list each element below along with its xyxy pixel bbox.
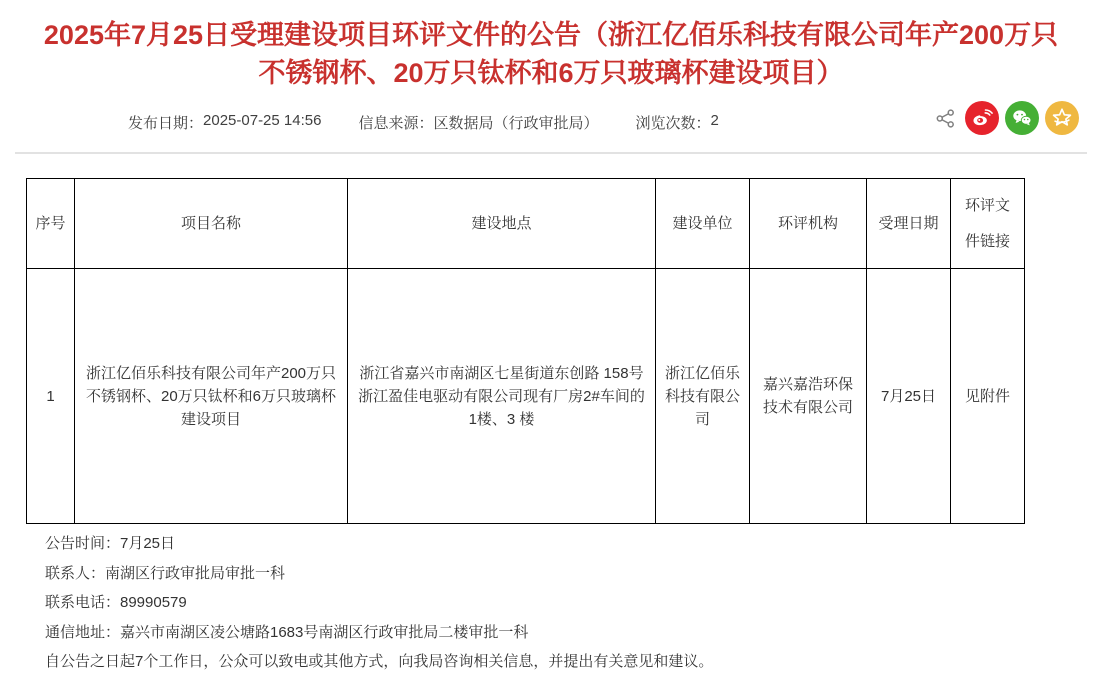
info-source: 信息来源： 区数据局（行政审批局）	[358, 112, 598, 133]
cell-builder: 浙江亿佰乐科技有限公司	[656, 269, 750, 524]
info-source-value: 区数据局（行政审批局）	[433, 112, 598, 133]
view-count-value: 2	[711, 112, 719, 133]
announcement-time: 公告时间：7月25日	[45, 529, 1065, 559]
qzone-icon[interactable]	[1045, 101, 1079, 135]
weibo-icon[interactable]	[965, 101, 999, 135]
table-header-row: 序号 项目名称 建设地点 建设单位 环评机构 受理日期 环评文件链接	[27, 179, 1025, 269]
contact-person: 联系人：南湖区行政审批局审批一科	[45, 559, 1065, 589]
info-source-label: 信息来源：	[358, 112, 433, 133]
header-divider	[15, 152, 1087, 154]
contact-phone: 联系电话：89990579	[45, 588, 1065, 618]
public-comment-note: 自公告之日起7个工作日，公众可以致电或其他方式，向我局咨询相关信息，并提出有关意…	[45, 647, 1065, 677]
cell-location: 浙江省嘉兴市南湖区七星街道东创路 158号浙江盈佳电驱动有限公司现有厂房2#车间…	[348, 269, 656, 524]
col-header-location: 建设地点	[348, 179, 656, 269]
col-header-eia-agency: 环评机构	[750, 179, 867, 269]
share-nodes-icon[interactable]	[935, 108, 955, 128]
publish-date-label: 发布日期：	[128, 112, 203, 133]
cell-attachment-link[interactable]: 见附件	[951, 269, 1025, 524]
view-count: 浏览次数： 2	[635, 112, 718, 133]
col-header-file-link: 环评文件链接	[951, 179, 1025, 269]
cell-project-name: 浙江亿佰乐科技有限公司年产200万只不锈钢杯、20万只钛杯和6万只玻璃杯建设项目	[75, 269, 348, 524]
share-toolbar	[935, 100, 1079, 136]
view-count-label: 浏览次数：	[635, 112, 710, 133]
col-header-project-name: 项目名称	[75, 179, 348, 269]
publish-date: 发布日期： 2025-07-25 14:56	[128, 112, 321, 133]
mailing-address: 通信地址：嘉兴市南湖区凌公塘路1683号南湖区行政审批局二楼审批一科	[45, 618, 1065, 648]
col-header-accept-date: 受理日期	[867, 179, 951, 269]
cell-eia-agency: 嘉兴嘉浩环保技术有限公司	[750, 269, 867, 524]
publish-date-value: 2025-07-25 14:56	[203, 112, 321, 133]
table-row: 1 浙江亿佰乐科技有限公司年产200万只不锈钢杯、20万只钛杯和6万只玻璃杯建设…	[27, 269, 1025, 524]
page-title: 2025年7月25日受理建设项目环评文件的公告（浙江亿佰乐科技有限公司年产200…	[34, 16, 1068, 92]
meta-row: 发布日期： 2025-07-25 14:56 信息来源： 区数据局（行政审批局）…	[128, 112, 719, 133]
eia-acceptance-table: 序号 项目名称 建设地点 建设单位 环评机构 受理日期 环评文件链接 1 浙江亿…	[26, 178, 1025, 524]
announcement-page: { "page": { "title": "2025年7月25日受理建设项目环评…	[0, 0, 1102, 680]
col-header-index: 序号	[27, 179, 75, 269]
footer-notes: 公告时间：7月25日 联系人：南湖区行政审批局审批一科 联系电话：8999057…	[45, 529, 1065, 677]
cell-index: 1	[27, 269, 75, 524]
cell-accept-date: 7月25日	[867, 269, 951, 524]
col-header-builder: 建设单位	[656, 179, 750, 269]
wechat-icon[interactable]	[1005, 101, 1039, 135]
